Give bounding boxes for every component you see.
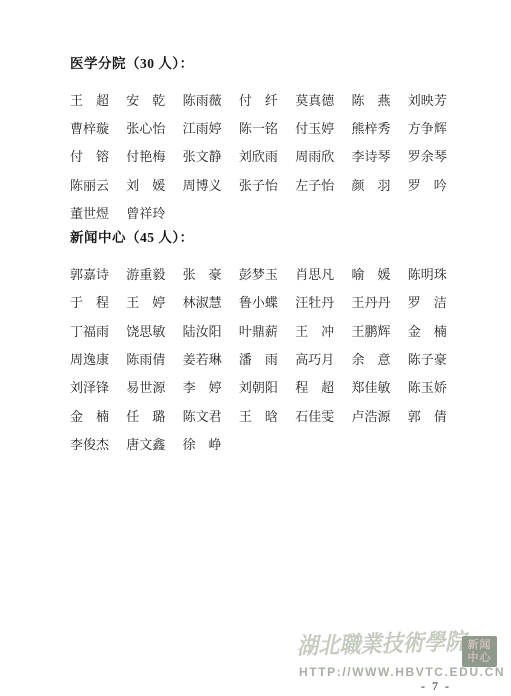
name-cell: 易世源	[126, 381, 165, 394]
name-row: 金楠任璐陈文君王晗石佳雯卢浩源郭倩	[70, 402, 452, 430]
name-char: 逸	[83, 353, 96, 366]
name-char: 诗	[96, 268, 109, 281]
name-char: 石	[295, 410, 308, 423]
name-char: 刘	[408, 94, 421, 107]
name-cell: 付镕	[70, 150, 109, 163]
name-char: 阳	[209, 325, 222, 338]
name-char: 倩	[152, 353, 165, 366]
name-char: 丽	[83, 179, 96, 192]
name-char: 梓	[83, 122, 96, 135]
name-char: 婷	[209, 381, 222, 394]
name-char: 颜	[351, 179, 364, 192]
watermark-url: HTTP://WWW.HBVTC.EDU.CN	[299, 665, 504, 679]
name-char: 丁	[70, 325, 83, 338]
name-char: 金	[408, 325, 421, 338]
name-cell: 颜羽	[351, 179, 390, 192]
name-char: 铭	[265, 122, 278, 135]
name-char: 月	[321, 353, 334, 366]
name-char: 凡	[321, 268, 334, 281]
name-char: 李	[351, 150, 364, 163]
name-cell: 周逸康	[70, 353, 109, 366]
name-char: 源	[378, 410, 391, 423]
name-char: 陈	[183, 94, 196, 107]
name-cell: 陈子豪	[408, 353, 447, 366]
name-char: 陈	[239, 122, 252, 135]
name-char: 游	[126, 268, 139, 281]
name-char: 思	[308, 268, 321, 281]
name-cell: 莫真德	[295, 94, 334, 107]
name-char: 纤	[265, 94, 278, 107]
name-cell: 陈玉娇	[408, 381, 447, 394]
name-char: 陈	[408, 353, 421, 366]
name-char: 周	[295, 150, 308, 163]
name-char: 康	[96, 353, 109, 366]
name-cell: 周雨欣	[295, 150, 334, 163]
name-char: 安	[126, 94, 139, 107]
name-char: 鹏	[365, 325, 378, 338]
name-char: 余	[421, 150, 434, 163]
name-char: 豪	[209, 268, 222, 281]
name-char: 玉	[308, 122, 321, 135]
name-char: 玉	[265, 268, 278, 281]
name-char: 张	[183, 150, 196, 163]
name-cell: 郑佳敏	[351, 381, 390, 394]
name-cell: 彭梦玉	[239, 268, 278, 281]
seal-line-1: 新闻	[468, 639, 492, 652]
name-char: 博	[196, 179, 209, 192]
name-char: 潘	[239, 353, 252, 366]
name-char: 辉	[378, 325, 391, 338]
name-cell: 王鹏辉	[351, 325, 390, 338]
name-char: 鼎	[252, 325, 265, 338]
name-cell: 高巧月	[295, 353, 334, 366]
name-char: 周	[183, 179, 196, 192]
name-char: 王	[351, 325, 364, 338]
name-char: 周	[70, 353, 83, 366]
name-cell: 陈丽云	[70, 179, 109, 192]
name-cell: 陈一铭	[239, 122, 278, 135]
name-char: 文	[139, 438, 152, 451]
name-char: 陈	[408, 381, 421, 394]
name-cell: 潘雨	[239, 353, 278, 366]
name-char: 刘	[126, 179, 139, 192]
name-char: 嘉	[83, 268, 96, 281]
name-char: 若	[196, 353, 209, 366]
name-char: 怡	[321, 179, 334, 192]
name-row: 付镕付艳梅张文静刘欣雨周雨欣李诗琴罗余琴	[70, 143, 452, 171]
name-char: 付	[70, 150, 83, 163]
name-cell: 安乾	[126, 94, 165, 107]
name-char: 付	[239, 94, 252, 107]
name-char: 雯	[321, 410, 334, 423]
name-char: 君	[209, 410, 222, 423]
name-cell: 陈雨倩	[126, 353, 165, 366]
name-cell: 郭嘉诗	[70, 268, 109, 281]
name-char: 秀	[378, 122, 391, 135]
name-char: 熊	[351, 122, 364, 135]
section-title: 医学分院（30 人）：	[70, 55, 452, 73]
name-char: 云	[96, 179, 109, 192]
name-cell: 石佳雯	[295, 410, 334, 423]
name-char: 镕	[96, 150, 109, 163]
name-char: 明	[421, 268, 434, 281]
name-cell: 徐峥	[183, 438, 222, 451]
name-cell: 王冲	[295, 325, 334, 338]
name-cell: 饶思敏	[126, 325, 165, 338]
name-cell: 付艳梅	[126, 150, 165, 163]
name-cell: 陈文君	[183, 410, 222, 423]
name-char: 敏	[152, 325, 165, 338]
section-title: 新闻中心（45 人）：	[70, 229, 452, 247]
name-char: 佳	[308, 410, 321, 423]
name-char: 唐	[126, 438, 139, 451]
name-row: 曹梓璇张心怡江雨婷陈一铭付玉婷熊梓秀方争辉	[70, 114, 452, 142]
name-char: 王	[295, 325, 308, 338]
name-char: 琴	[378, 150, 391, 163]
name-char: 巧	[308, 353, 321, 366]
name-row: 郭嘉诗游重毅张豪彭梦玉肖思凡喻媛陈明珠	[70, 260, 452, 288]
name-char: 王	[239, 410, 252, 423]
name-cell: 李俊杰	[70, 438, 109, 451]
name-cell: 金楠	[70, 410, 109, 423]
name-cell: 余意	[351, 353, 390, 366]
name-char: 争	[421, 122, 434, 135]
name-cell: 熊梓秀	[351, 122, 390, 135]
name-cell: 金楠	[408, 325, 447, 338]
name-char: 阳	[265, 381, 278, 394]
name-cell: 姜若琳	[183, 353, 222, 366]
name-char: 子	[252, 179, 265, 192]
name-cell: 付纤	[239, 94, 278, 107]
name-cell: 江雨婷	[183, 122, 222, 135]
name-char: 敏	[378, 381, 391, 394]
name-char: 左	[295, 179, 308, 192]
name-cell: 王婷	[126, 296, 165, 309]
name-char: 李	[70, 438, 83, 451]
name-char: 于	[70, 296, 83, 309]
name-cell: 唐文鑫	[126, 438, 165, 451]
name-char: 祥	[139, 207, 152, 220]
name-char: 媛	[152, 179, 165, 192]
name-char: 任	[126, 410, 139, 423]
name-cell: 张文静	[183, 150, 222, 163]
name-cell: 罗余琴	[408, 150, 447, 163]
name-cell: 方争辉	[408, 122, 447, 135]
name-char: 郑	[351, 381, 364, 394]
name-cell: 张子怡	[239, 179, 278, 192]
name-char: 郭	[408, 410, 421, 423]
name-char: 鑫	[152, 438, 165, 451]
name-row: 周逸康陈雨倩姜若琳潘雨高巧月余意陈子豪	[70, 345, 452, 373]
name-char: 超	[321, 381, 334, 394]
name-char: 程	[295, 381, 308, 394]
name-cell: 丁福雨	[70, 325, 109, 338]
name-char: 子	[308, 179, 321, 192]
name-char: 玉	[421, 381, 434, 394]
name-char: 重	[139, 268, 152, 281]
name-char: 牡	[308, 296, 321, 309]
name-char: 艳	[139, 150, 152, 163]
name-char: 楠	[96, 410, 109, 423]
name-char: 林	[183, 296, 196, 309]
name-char: 金	[70, 410, 83, 423]
name-char: 怡	[265, 179, 278, 192]
name-cell: 李诗琴	[351, 150, 390, 163]
name-char: 文	[196, 410, 209, 423]
name-cell: 李婷	[183, 381, 222, 394]
name-char: 陈	[351, 94, 364, 107]
name-char: 薇	[209, 94, 222, 107]
name-cell: 周博义	[183, 179, 222, 192]
name-char: 余	[351, 353, 364, 366]
name-char: 琳	[209, 353, 222, 366]
name-char: 雨	[265, 353, 278, 366]
name-cell: 游重毅	[126, 268, 165, 281]
name-char: 泽	[83, 381, 96, 394]
name-cell: 卢浩源	[351, 410, 390, 423]
name-char: 肖	[295, 268, 308, 281]
name-row: 于程王婷林淑慧鲁小蝶汪牡丹王丹丹罗洁	[70, 289, 452, 317]
name-cell: 刘映芳	[408, 94, 447, 107]
name-char: 付	[126, 150, 139, 163]
name-char: 曾	[126, 207, 139, 220]
name-char: 吟	[434, 179, 447, 192]
name-char: 刘	[70, 381, 83, 394]
name-cell: 喻媛	[351, 268, 390, 281]
watermark-calligraphy: 湖北職業技術學院	[297, 625, 452, 665]
seal-line-2: 中心	[468, 652, 492, 665]
name-char: 毅	[152, 268, 165, 281]
name-row: 王超安乾陈雨薇付纤莫真德陈燕刘映芳	[70, 86, 452, 114]
name-char: 世	[83, 207, 96, 220]
name-char: 雨	[265, 150, 278, 163]
name-char: 罗	[408, 296, 421, 309]
name-cell: 陈明珠	[408, 268, 447, 281]
name-char: 静	[209, 150, 222, 163]
name-char: 朝	[252, 381, 265, 394]
name-cell: 刘泽锋	[70, 381, 109, 394]
name-char: 丹	[365, 296, 378, 309]
name-char: 文	[196, 150, 209, 163]
name-char: 叶	[239, 325, 252, 338]
name-char: 超	[96, 94, 109, 107]
name-char: 豪	[434, 353, 447, 366]
name-cell: 左子怡	[295, 179, 334, 192]
name-char: 曹	[70, 122, 83, 135]
name-char: 冲	[321, 325, 334, 338]
name-char: 易	[126, 381, 139, 394]
name-cell: 鲁小蝶	[239, 296, 278, 309]
section: 医学分院（30 人）：王超安乾陈雨薇付纤莫真德陈燕刘映芳曹梓璇张心怡江雨婷陈一铭…	[70, 55, 452, 227]
name-char: 王	[70, 94, 83, 107]
name-cell: 王晗	[239, 410, 278, 423]
name-char: 汝	[196, 325, 209, 338]
name-char: 杰	[96, 438, 109, 451]
name-char: 淑	[196, 296, 209, 309]
name-cell: 汪牡丹	[295, 296, 334, 309]
name-char: 张	[239, 179, 252, 192]
name-char: 晗	[265, 410, 278, 423]
name-cell: 张豪	[183, 268, 222, 281]
name-char: 罗	[408, 179, 421, 192]
name-char: 真	[308, 94, 321, 107]
name-char: 雨	[196, 122, 209, 135]
name-char: 娇	[434, 381, 447, 394]
name-char: 芳	[434, 94, 447, 107]
name-row: 董世煜曾祥玲	[70, 199, 452, 227]
name-char: 慧	[209, 296, 222, 309]
name-char: 怡	[152, 122, 165, 135]
name-cell: 张心怡	[126, 122, 165, 135]
name-char: 燕	[377, 94, 390, 107]
name-char: 雨	[96, 325, 109, 338]
name-cell: 肖思凡	[295, 268, 334, 281]
name-char: 莫	[295, 94, 308, 107]
name-char: 洁	[434, 296, 447, 309]
name-cell: 刘欣雨	[239, 150, 278, 163]
name-char: 张	[126, 122, 139, 135]
name-char: 鲁	[239, 296, 252, 309]
name-char: 汪	[295, 296, 308, 309]
name-cell: 林淑慧	[183, 296, 222, 309]
name-char: 彭	[239, 268, 252, 281]
name-cell: 付玉婷	[295, 122, 334, 135]
name-cell: 陆汝阳	[183, 325, 222, 338]
name-cell: 王丹丹	[351, 296, 390, 309]
name-cell: 曹梓璇	[70, 122, 109, 135]
news-center-seal: 新闻 中心	[462, 636, 497, 667]
name-char: 玲	[152, 207, 165, 220]
name-char: 王	[351, 296, 364, 309]
name-row: 丁福雨饶思敏陆汝阳叶鼎薪王冲王鹏辉金楠	[70, 317, 452, 345]
name-char: 源	[152, 381, 165, 394]
name-char: 心	[139, 122, 152, 135]
name-char: 陈	[183, 410, 196, 423]
name-char: 锋	[96, 381, 109, 394]
name-char: 雨	[139, 353, 152, 366]
name-char: 璐	[152, 410, 165, 423]
name-char: 浩	[365, 410, 378, 423]
name-cell: 程超	[295, 381, 334, 394]
name-char: 姜	[183, 353, 196, 366]
name-char: 媛	[377, 268, 390, 281]
name-char: 琴	[434, 150, 447, 163]
name-char: 董	[70, 207, 83, 220]
name-char: 思	[139, 325, 152, 338]
name-char: 意	[377, 353, 390, 366]
name-cell: 罗洁	[408, 296, 447, 309]
name-char: 欣	[321, 150, 334, 163]
name-char: 梓	[365, 122, 378, 135]
name-char: 陈	[408, 268, 421, 281]
name-char: 婷	[321, 122, 334, 135]
page-number: - 7 -	[421, 679, 451, 693]
name-cell: 于程	[70, 296, 109, 309]
sections-container: 医学分院（30 人）：王超安乾陈雨薇付纤莫真德陈燕刘映芳曹梓璇张心怡江雨婷陈一铭…	[70, 55, 452, 459]
name-char: 梦	[252, 268, 265, 281]
name-char: 雨	[308, 150, 321, 163]
name-char: 饶	[126, 325, 139, 338]
name-row: 陈丽云刘媛周博义张子怡左子怡颜羽罗吟	[70, 171, 452, 199]
name-cell: 董世煜	[70, 207, 109, 220]
name-char: 郭	[70, 268, 83, 281]
name-char: 喻	[351, 268, 364, 281]
name-char: 陆	[183, 325, 196, 338]
name-char: 福	[83, 325, 96, 338]
name-char: 雨	[196, 94, 209, 107]
name-char: 辉	[434, 122, 447, 135]
name-char: 映	[421, 94, 434, 107]
name-cell: 王超	[70, 94, 109, 107]
name-char: 倩	[434, 410, 447, 423]
name-cell: 叶鼎薪	[239, 325, 278, 338]
name-char: 张	[183, 268, 196, 281]
name-char: 世	[139, 381, 152, 394]
name-char: 刘	[239, 150, 252, 163]
name-char: 付	[295, 122, 308, 135]
name-char: 羽	[377, 179, 390, 192]
name-char: 子	[421, 353, 434, 366]
name-char: 方	[408, 122, 421, 135]
name-cell: 曾祥玲	[126, 207, 165, 220]
name-char: 楠	[434, 325, 447, 338]
name-char: 珠	[434, 268, 447, 281]
name-char: 峥	[209, 438, 222, 451]
name-char: 俊	[83, 438, 96, 451]
name-char: 佳	[365, 381, 378, 394]
name-char: 江	[183, 122, 196, 135]
name-cell: 刘朝阳	[239, 381, 278, 394]
name-char: 高	[295, 353, 308, 366]
section: 新闻中心（45 人）：郭嘉诗游重毅张豪彭梦玉肖思凡喻媛陈明珠于程王婷林淑慧鲁小蝶…	[70, 229, 452, 458]
name-cell: 陈燕	[351, 94, 390, 107]
name-cell: 郭倩	[408, 410, 447, 423]
name-row: 李俊杰唐文鑫徐峥	[70, 430, 452, 458]
name-char: 小	[252, 296, 265, 309]
name-char: 徐	[183, 438, 196, 451]
name-char: 婷	[209, 122, 222, 135]
name-char: 蝶	[265, 296, 278, 309]
name-char: 丹	[321, 296, 334, 309]
name-char: 卢	[351, 410, 364, 423]
name-cell: 陈雨薇	[183, 94, 222, 107]
name-char: 欣	[252, 150, 265, 163]
name-char: 义	[209, 179, 222, 192]
document-page: 医学分院（30 人）：王超安乾陈雨薇付纤莫真德陈燕刘映芳曹梓璇张心怡江雨婷陈一铭…	[0, 0, 511, 696]
name-cell: 罗吟	[408, 179, 447, 192]
name-char: 薪	[265, 325, 278, 338]
name-char: 璇	[96, 122, 109, 135]
name-char: 陈	[70, 179, 83, 192]
name-char: 诗	[365, 150, 378, 163]
name-char: 梅	[152, 150, 165, 163]
name-char: 一	[252, 122, 265, 135]
name-char: 乾	[152, 94, 165, 107]
name-char: 煜	[96, 207, 109, 220]
name-char: 王	[126, 296, 139, 309]
name-char: 陈	[126, 353, 139, 366]
name-row: 刘泽锋易世源李婷刘朝阳程超郑佳敏陈玉娇	[70, 374, 452, 402]
name-char: 婷	[152, 296, 165, 309]
name-cell: 任璐	[126, 410, 165, 423]
name-char: 德	[321, 94, 334, 107]
name-char: 李	[183, 381, 196, 394]
name-char: 程	[96, 296, 109, 309]
name-char: 罗	[408, 150, 421, 163]
name-cell: 刘媛	[126, 179, 165, 192]
name-char: 刘	[239, 381, 252, 394]
name-char: 丹	[378, 296, 391, 309]
